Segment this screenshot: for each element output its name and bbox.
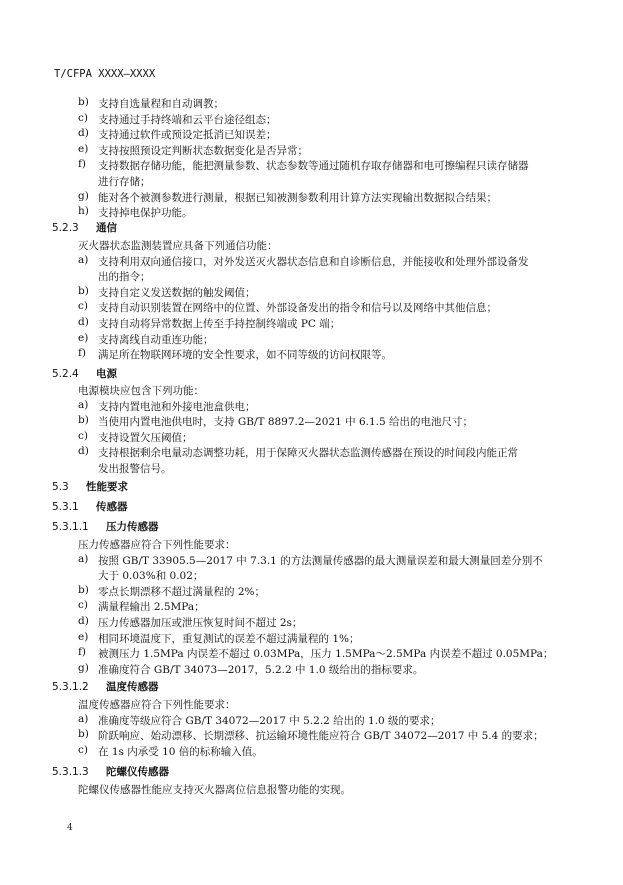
list-marker: f)	[78, 158, 86, 170]
list-marker: a)	[78, 254, 88, 266]
section-title: 传感器	[96, 501, 128, 513]
section-number: 5.2.3	[52, 222, 96, 234]
section-number: 5.3.1	[52, 501, 96, 513]
list-marker: e)	[78, 631, 88, 643]
list-item-text: 支持自动将异常数据上传至手持控制终端或 PC 端；	[98, 316, 340, 331]
section-number: 5.2.4	[52, 368, 96, 380]
list-item-text: 支持设置欠压阈值；	[98, 430, 193, 445]
list-item-text: 支持通过手持终端和云平台途径组态；	[98, 112, 277, 127]
list-marker: d)	[78, 445, 89, 457]
list-item-text: 支持数据存储功能，能把测量参数、状态参数等通过随机存取存储器和电可擦编程只读存储…	[98, 158, 529, 173]
section-heading-5-3-1: 5.3.1传感器	[52, 499, 128, 514]
section-heading-5-3-1-1: 5.3.1.1压力传感器	[52, 519, 159, 534]
list-marker: d)	[78, 127, 89, 139]
section-intro: 陀螺仪传感器性能应支持灭火器离位信息报警功能的实现。	[78, 782, 351, 797]
list-marker: e)	[78, 143, 88, 155]
list-item-text: 进行存储；	[98, 174, 151, 189]
list-item-text: 支持通过软件或预设定抵消已知误差；	[98, 127, 277, 142]
list-marker: b)	[78, 285, 89, 297]
list-item-text: 满足所在物联网环境的安全性要求，如不同等级的访问权限等。	[98, 347, 392, 362]
list-marker: b)	[78, 728, 89, 740]
list-item-text: 支持利用双向通信接口，对外发送灭火器状态信息和自诊断信息，并能接收和处理外部设备…	[98, 254, 529, 269]
list-marker: b)	[78, 96, 89, 108]
list-marker: b)	[78, 584, 89, 596]
list-item-text: 被测压力 1.5MPa 内误差不超过 0.03MPa，压力 1.5MPa～2.5…	[98, 646, 553, 661]
section-heading-5-2-3: 5.2.3通信	[52, 220, 117, 235]
list-item-text: 零点长期漂移不超过满量程的 2%；	[98, 584, 265, 599]
list-item-text: 阶跃响应、始动漂移、长期漂移、抗运输环境性能应符合 GB/T 34072—201…	[98, 728, 544, 743]
list-marker: c)	[78, 430, 88, 442]
section-heading-5-3: 5.3性能要求	[52, 479, 128, 494]
list-marker: c)	[78, 112, 88, 124]
list-item-text: 支持掉电保护功能。	[98, 205, 193, 220]
list-marker: g)	[78, 190, 89, 202]
list-marker: a)	[78, 713, 88, 725]
document-id-header: T/CFPA XXXX—XXXX	[54, 68, 155, 80]
list-marker: a)	[78, 553, 88, 565]
list-item-text: 能对各个被测参数进行测量，根据已知被测参数利用计算方法实现输出数据拟合结果；	[98, 190, 497, 205]
list-item-text: 支持自选量程和自动调教；	[98, 96, 224, 111]
list-item-text: 当使用内置电池供电时，支持 GB/T 8897.2—2021 中 6.1.5 给…	[98, 414, 473, 429]
list-item-text: 支持内置电池和外接电池盒供电；	[98, 399, 256, 414]
section-title: 温度传感器	[106, 681, 159, 693]
list-item-text: 满量程输出 2.5MPa；	[98, 599, 205, 614]
section-title: 电源	[96, 368, 117, 380]
list-item-text: 相同环境温度下，重复测试的误差不超过满量程的 1%；	[98, 631, 360, 646]
list-marker: a)	[78, 399, 88, 411]
list-marker: h)	[78, 205, 89, 217]
document-page: T/CFPA XXXX—XXXX b)支持自选量程和自动调教；c)支持通过手持终…	[0, 0, 623, 885]
list-item-text: 发出报警信号。	[98, 461, 172, 476]
page-number: 4	[67, 823, 73, 833]
section-number: 5.3.1.3	[52, 766, 106, 778]
section-number: 5.3.1.1	[52, 521, 106, 533]
list-marker: g)	[78, 662, 89, 674]
section-heading-5-3-1-2: 5.3.1.2温度传感器	[52, 679, 159, 694]
list-marker: c)	[78, 744, 88, 756]
list-item-text: 准确度符合 GB/T 34073—2017，5.2.2 中 1.0 级给出的指标…	[98, 662, 423, 677]
list-marker: e)	[78, 332, 88, 344]
list-marker: b)	[78, 414, 89, 426]
section-title: 性能要求	[86, 481, 128, 493]
list-item-text: 支持离线自动重连功能；	[98, 332, 214, 347]
section-intro: 温度传感器应符合下列性能要求：	[78, 697, 236, 712]
list-item-text: 支持自定义发送数据的触发阈值；	[98, 285, 256, 300]
list-marker: f)	[78, 347, 86, 359]
section-number: 5.3.1.2	[52, 681, 106, 693]
section-title: 通信	[96, 222, 117, 234]
list-item-text: 在 1s 内承受 10 倍的标称输入值。	[98, 744, 263, 759]
list-marker: c)	[78, 300, 88, 312]
section-intro: 压力传感器应符合下列性能要求：	[78, 537, 236, 552]
list-marker: d)	[78, 316, 89, 328]
section-heading-5-2-4: 5.2.4电源	[52, 366, 117, 381]
section-title: 陀螺仪传感器	[106, 766, 169, 778]
list-marker: f)	[78, 646, 86, 658]
list-item-text: 出的指令；	[98, 269, 151, 284]
list-item-text: 支持按照预设定判断状态数据变化是否异常；	[98, 143, 308, 158]
list-marker: c)	[78, 599, 88, 611]
list-item-text: 压力传感器加压或泄压恢复时间不超过 2s；	[98, 615, 302, 630]
list-item-text: 支持自动识别装置在网络中的位置、外部设备发出的指令和信号以及网络中其他信息；	[98, 300, 497, 315]
section-intro: 灭火器状态监测装置应具备下列通信功能：	[78, 238, 278, 253]
section-intro: 电源模块应包含下列功能：	[78, 383, 204, 398]
section-title: 压力传感器	[106, 521, 159, 533]
section-number: 5.3	[52, 481, 86, 493]
list-item-text: 按照 GB/T 33905.5—2017 中 7.3.1 的方法测量传感器的最大…	[98, 553, 543, 568]
list-item-text: 支持根据剩余电量动态调整功耗，用于保障灭火器状态监测传感器在预设的时间段内能正常	[98, 445, 518, 460]
list-item-text: 准确度等级应符合 GB/T 34072—2017 中 5.2.2 给出的 1.0…	[98, 713, 441, 728]
section-heading-5-3-1-3: 5.3.1.3陀螺仪传感器	[52, 764, 169, 779]
list-marker: d)	[78, 615, 89, 627]
list-item-text: 大于 0.03%和 0.02；	[98, 568, 203, 583]
